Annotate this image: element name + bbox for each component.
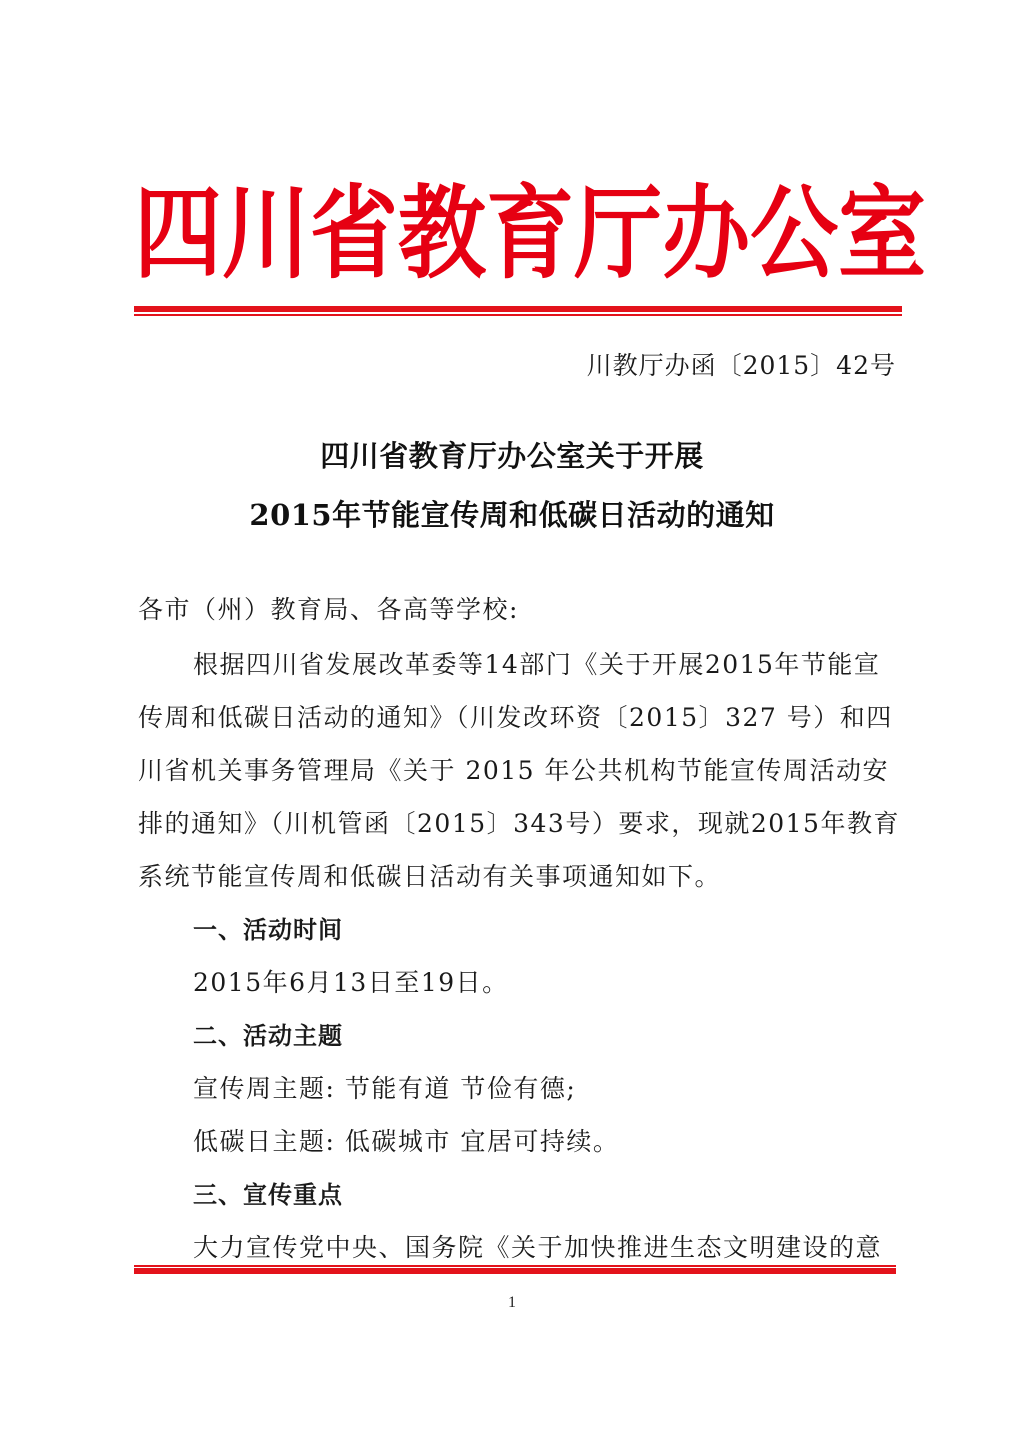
- section-heading-time: 一、活动时间: [193, 910, 953, 945]
- document-page: 四 川 省 教 育 厅 办 公 室 川教厅办函〔2015〕42号 四川省教育厅办…: [0, 0, 1024, 1447]
- section-heading-theme: 二、活动主题: [193, 1016, 953, 1051]
- masthead-char: 育: [486, 182, 574, 283]
- section-heading-focus: 三、宣传重点: [193, 1175, 953, 1210]
- masthead-char: 厅: [574, 182, 662, 283]
- paragraph-line: 川省机关事务管理局《关于 2015 年公共机构节能宣传周活动安: [138, 751, 898, 787]
- masthead-char: 室: [838, 182, 926, 283]
- section-content-theme: 宣传周主题: 节能有道 节俭有德;: [193, 1069, 953, 1105]
- document-title-line-2: 2015年节能宣传周和低碳日活动的通知: [0, 493, 1024, 534]
- masthead-char: 川: [222, 182, 310, 283]
- masthead-char: 教: [398, 182, 486, 283]
- header-red-rule-thin: [134, 314, 902, 316]
- section-content-time: 2015年6月13日至19日。: [193, 963, 953, 999]
- footer-red-rule-thick: [134, 1268, 896, 1274]
- document-title-line-1: 四川省教育厅办公室关于开展: [0, 434, 1024, 475]
- masthead-char: 办: [662, 182, 750, 283]
- masthead-char: 四: [134, 182, 222, 283]
- footer-red-rule-thin: [134, 1265, 896, 1267]
- document-number: 川教厅办函〔2015〕42号: [587, 346, 896, 382]
- paragraph-line: 根据四川省发展改革委等14部门《关于开展2015年节能宣: [193, 645, 953, 681]
- page-number: 1: [0, 1294, 1024, 1312]
- masthead-char: 公: [750, 182, 838, 283]
- paragraph-line: 排的通知》（川机管函〔2015〕343号）要求，现就2015年教育: [138, 804, 898, 840]
- paragraph-line: 系统节能宣传周和低碳日活动有关事项通知如下。: [138, 857, 898, 893]
- header-red-rule-thick: [134, 306, 902, 312]
- salutation: 各市（州）教育局、各高等学校:: [138, 590, 898, 626]
- paragraph-line: 传周和低碳日活动的通知》（川发改环资〔2015〕327 号）和四: [138, 698, 898, 734]
- masthead-char: 省: [310, 182, 398, 283]
- masthead-title: 四 川 省 教 育 厅 办 公 室: [134, 170, 896, 297]
- section-content-focus: 大力宣传党中央、国务院《关于加快推进生态文明建设的意: [193, 1228, 953, 1264]
- section-content-theme: 低碳日主题: 低碳城市 宜居可持续。: [193, 1122, 953, 1158]
